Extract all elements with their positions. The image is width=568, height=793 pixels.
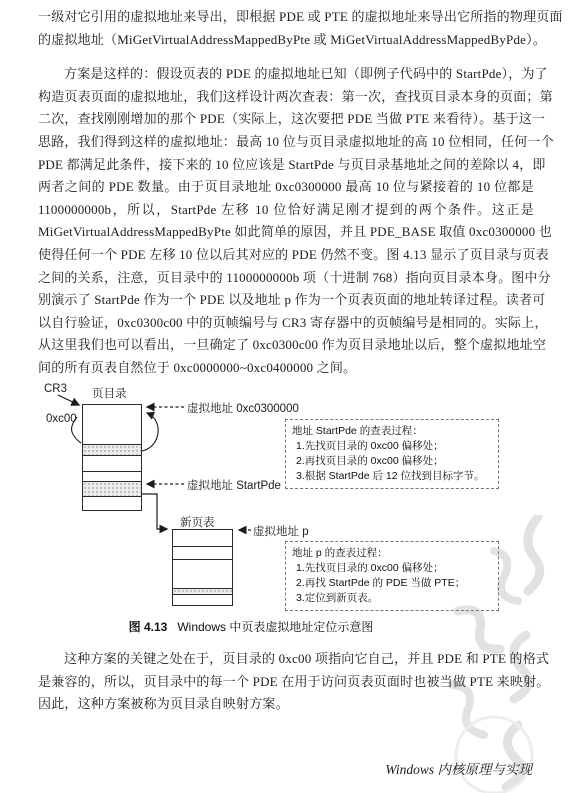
callout-p-lookup: 地址 p 的查表过程： 1.先找页目录的 0xc00 偏移处；2.再找 Star… <box>285 541 499 611</box>
pt-entry-row <box>173 594 232 605</box>
pd-entry-row <box>83 471 141 481</box>
pde-to-newtable-arrow <box>142 494 167 529</box>
pd-selfmap-entry-row <box>83 444 141 455</box>
pd-entry-row <box>83 455 141 471</box>
pt-entry-row <box>173 559 232 588</box>
callout-title: 地址 StartPde 的查表过程： <box>292 424 492 439</box>
text-line: 使得任何一个 PDE 左移 10 位以后其对应的 PDE 仍然不变。图 4.13… <box>38 244 534 267</box>
text-line: 两者之间的 PDE 数量。由于页目录地址 0xc0300000 最高 10 位与… <box>38 176 534 199</box>
new-page-table-label: 新页表 <box>180 514 215 530</box>
figure-caption-text: Windows 中页表虚拟地址定位示意图 <box>177 620 373 634</box>
text-line: 一级对它引用的虚拟地址来导出，即根据 PDE 或 PTE 的虚拟地址来导出它所指… <box>38 6 534 29</box>
callout-step: 3.定位到新页表。 <box>292 591 492 606</box>
paragraph: 这种方案的关键之处在于，页目录的 0xc00 项指向它自己，并且 PDE 和 P… <box>38 648 534 716</box>
va-startpde-label: 虚拟地址 StartPde <box>187 477 281 493</box>
callout-steps: 1.先找页目录的 0xc00 偏移处；2.再找页目录的 0xc00 偏移处；3.… <box>292 439 492 484</box>
figure-4-13: CR3 页目录 0xc00 虚拟地址 0xc0300000 虚拟地址 Start… <box>0 383 568 613</box>
book-page: 一级对它引用的虚拟地址来导出，即根据 PDE 或 PTE 的虚拟地址来导出它所指… <box>0 0 568 793</box>
callout-title: 地址 p 的查表过程： <box>292 546 492 561</box>
callout-step: 1.先找页目录的 0xc00 偏移处； <box>292 561 492 576</box>
callout-steps: 1.先找页目录的 0xc00 偏移处；2.再找 StartPde 的 PDE 当… <box>292 561 492 606</box>
text-line: 从这里我们也可以看出，一旦确定了 0xc0300c00 作为页目录地址以后，整个… <box>38 334 534 357</box>
text-line: 因此，这种方案被称为页目录自映射方案。 <box>38 693 534 716</box>
text-line: MiGetVirtualAddressMappedByPte 如此简单的原因，并… <box>38 221 534 244</box>
callout-step: 2.再找页目录的 0xc00 偏移处； <box>292 454 492 469</box>
text-line: 以自行验证，0xc0300c00 中的页帧编号与 CR3 寄存器中的页帧编号是相… <box>38 312 534 335</box>
page-directory-label: 页目录 <box>92 385 127 401</box>
text-line: 之间的关系，注意，页目录中的 1100000000b 项（十进制 768）指向页… <box>38 267 534 290</box>
text-line: 是兼容的，所以，页目录中的每一个 PDE 在用于访问页表页面时也被当做 PTE … <box>38 671 534 694</box>
callout-startpde-lookup: 地址 StartPde 的查表过程： 1.先找页目录的 0xc00 偏移处；2.… <box>285 419 499 489</box>
figure-caption-number: 图 4.13 <box>129 620 168 634</box>
text-line: 1100000000b，所以，StartPde 左移 10 位恰好满足刚才提到的… <box>38 199 534 222</box>
callout-step: 3.根据 StartPde 后 12 位找到目标字节。 <box>292 469 492 484</box>
text-line: 方案是这样的：假设页表的 PDE 的虚拟地址已知（即例子代码中的 StartPd… <box>38 63 534 86</box>
figure-caption: 图 4.13Windows 中页表虚拟地址定位示意图 <box>0 618 502 635</box>
cr3-arrow <box>58 395 79 405</box>
text-line: 别演示了 StartPde 作为一个 PDE 以及地址 p 作为一个页表页面的地… <box>38 289 534 312</box>
text-line: PDE 都满足此条件，接下来的 10 位应该是 StartPde 与页目录基地址… <box>38 154 534 177</box>
text-line: 的虚拟地址（MiGetVirtualAddressMappedByPte 或 M… <box>38 29 534 52</box>
pd-entry-row <box>83 496 141 510</box>
pd-entry-row <box>83 405 141 444</box>
callout-step: 1.先找页目录的 0xc00 偏移处； <box>292 439 492 454</box>
text-line: 这种方案的关键之处在于，页目录的 0xc00 项指向它自己，并且 PDE 和 P… <box>38 648 534 671</box>
self-map-arc <box>142 413 158 451</box>
pd-startpde-entry-row <box>83 481 141 496</box>
cr3-label: CR3 <box>44 383 67 395</box>
pt-entry-row <box>173 530 232 546</box>
paragraph: 一级对它引用的虚拟地址来导出，即根据 PDE 或 PTE 的虚拟地址来导出它所指… <box>38 6 534 51</box>
body-text: 一级对它引用的虚拟地址来导出，即根据 PDE 或 PTE 的虚拟地址来导出它所指… <box>38 6 534 380</box>
page-directory-box <box>82 404 142 511</box>
callout-step: 2.再找 StartPde 的 PDE 当做 PTE； <box>292 576 492 591</box>
text-line: 构造页表页面的虚拟地址，我们这样设计两次查表：第一次，查找页目录本身的页面；第 <box>38 86 534 109</box>
va-page-directory-label: 虚拟地址 0xc0300000 <box>187 400 299 416</box>
va-p-label: 虚拟地址 p <box>253 523 309 539</box>
paragraph: 方案是这样的：假设页表的 PDE 的虚拟地址已知（即例子代码中的 StartPd… <box>38 63 534 379</box>
text-line: 间的所有页表自然位于 0xc0000000~0xc0400000 之间。 <box>38 357 534 380</box>
book-title-footer: Windows 内核原理与实现 <box>385 758 532 778</box>
text-line: 二次，查找刚刚增加的那个 PDE（实际上，这次要把 PDE 当做 PTE 来看待… <box>38 108 534 131</box>
text-line: 思路，我们得到这样的虚拟地址：最高 10 位与页目录虚拟地址的高 10 位相同，… <box>38 131 534 154</box>
new-page-table-box <box>172 529 233 606</box>
pt-entry-row <box>173 546 232 559</box>
offset-0xc00-label: 0xc00 <box>46 413 77 425</box>
